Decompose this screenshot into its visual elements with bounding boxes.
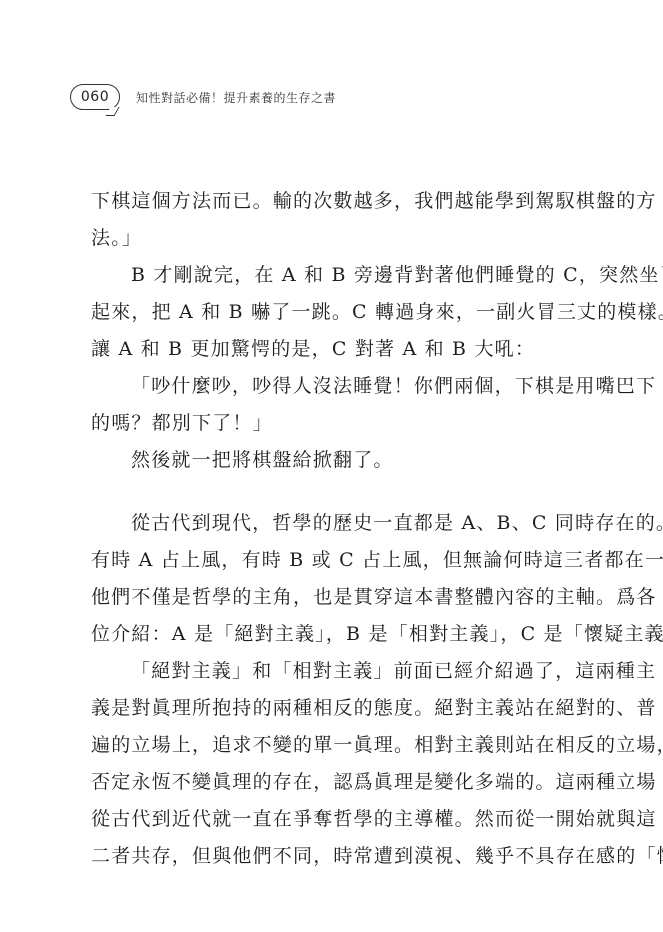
text-line: 的嗎？都別下了！」 xyxy=(91,405,557,442)
text-line: 位介紹：A 是「絕對主義」，B 是「相對主義」，C 是「懷疑主義」。 xyxy=(91,616,557,653)
text-line: 有時 A 占上風，有時 B 或 C 占上風，但無論何時這三者都在一起。 xyxy=(91,542,557,579)
speech-bubble-tail-icon xyxy=(105,107,119,116)
paragraph: 從古代到現代，哲學的歷史一直都是 A、B、C 同時存在的。 有時 A 占上風，有… xyxy=(91,505,557,653)
text-line: 他們不僅是哲學的主角，也是貫穿這本書整體內容的主軸。爲各 xyxy=(91,579,557,616)
text-line: 法。」 xyxy=(91,220,557,257)
page-number-badge: 060 xyxy=(70,84,120,110)
text-line: 從古代到近代就一直在爭奪哲學的主導權。然而從一開始就與這 xyxy=(91,801,557,838)
text-line: 遍的立場上，追求不變的單一眞理。相對主義則站在相反的立場， xyxy=(91,727,557,764)
text-line: 「吵什麼吵，吵得人沒法睡覺！你們兩個，下棋是用嘴巴下 xyxy=(91,368,557,405)
text-line: 義是對眞理所抱持的兩種相反的態度。絕對主義站在絕對的、普 xyxy=(91,690,557,727)
page-header: 060 知性對話必備！提升素養的生存之書 xyxy=(70,82,336,112)
text-line: 從古代到現代，哲學的歷史一直都是 A、B、C 同時存在的。 xyxy=(91,505,557,542)
text-line: B 才剛說完，在 A 和 B 旁邊背對著他們睡覺的 C，突然坐了 xyxy=(91,257,557,294)
paragraph: 「吵什麼吵，吵得人沒法睡覺！你們兩個，下棋是用嘴巴下 的嗎？都別下了！」 xyxy=(91,368,557,442)
page-number: 060 xyxy=(81,89,109,105)
paragraph: 下棋這個方法而已。輸的次數越多，我們越能學到駕馭棋盤的方 法。」 xyxy=(91,183,557,257)
text-line: 否定永恆不變眞理的存在，認爲眞理是變化多端的。這兩種立場 xyxy=(91,764,557,801)
text-line: 下棋這個方法而已。輸的次數越多，我們越能學到駕馭棋盤的方 xyxy=(91,183,557,220)
text-line: 讓 A 和 B 更加驚愕的是，C 對著 A 和 B 大吼： xyxy=(91,331,557,368)
paragraph: 「絕對主義」和「相對主義」前面已經介紹過了，這兩種主 義是對眞理所抱持的兩種相反… xyxy=(91,653,557,875)
section-break xyxy=(91,479,557,505)
text-line: 起來，把 A 和 B 嚇了一跳。C 轉過身來，一副火冒三丈的模樣。 xyxy=(91,294,557,331)
text-line: 然後就一把將棋盤給掀翻了。 xyxy=(91,442,557,479)
paragraph: 然後就一把將棋盤給掀翻了。 xyxy=(91,442,557,479)
book-title: 知性對話必備！提升素養的生存之書 xyxy=(136,89,336,106)
text-line: 「絕對主義」和「相對主義」前面已經介紹過了，這兩種主 xyxy=(91,653,557,690)
paragraph: B 才剛說完，在 A 和 B 旁邊背對著他們睡覺的 C，突然坐了 起來，把 A … xyxy=(91,257,557,368)
body-text: 下棋這個方法而已。輸的次數越多，我們越能學到駕馭棋盤的方 法。」 B 才剛說完，… xyxy=(91,183,557,875)
text-line: 二者共存，但與他們不同，時常遭到漠視、幾乎不具存在感的「懷 xyxy=(91,838,557,875)
